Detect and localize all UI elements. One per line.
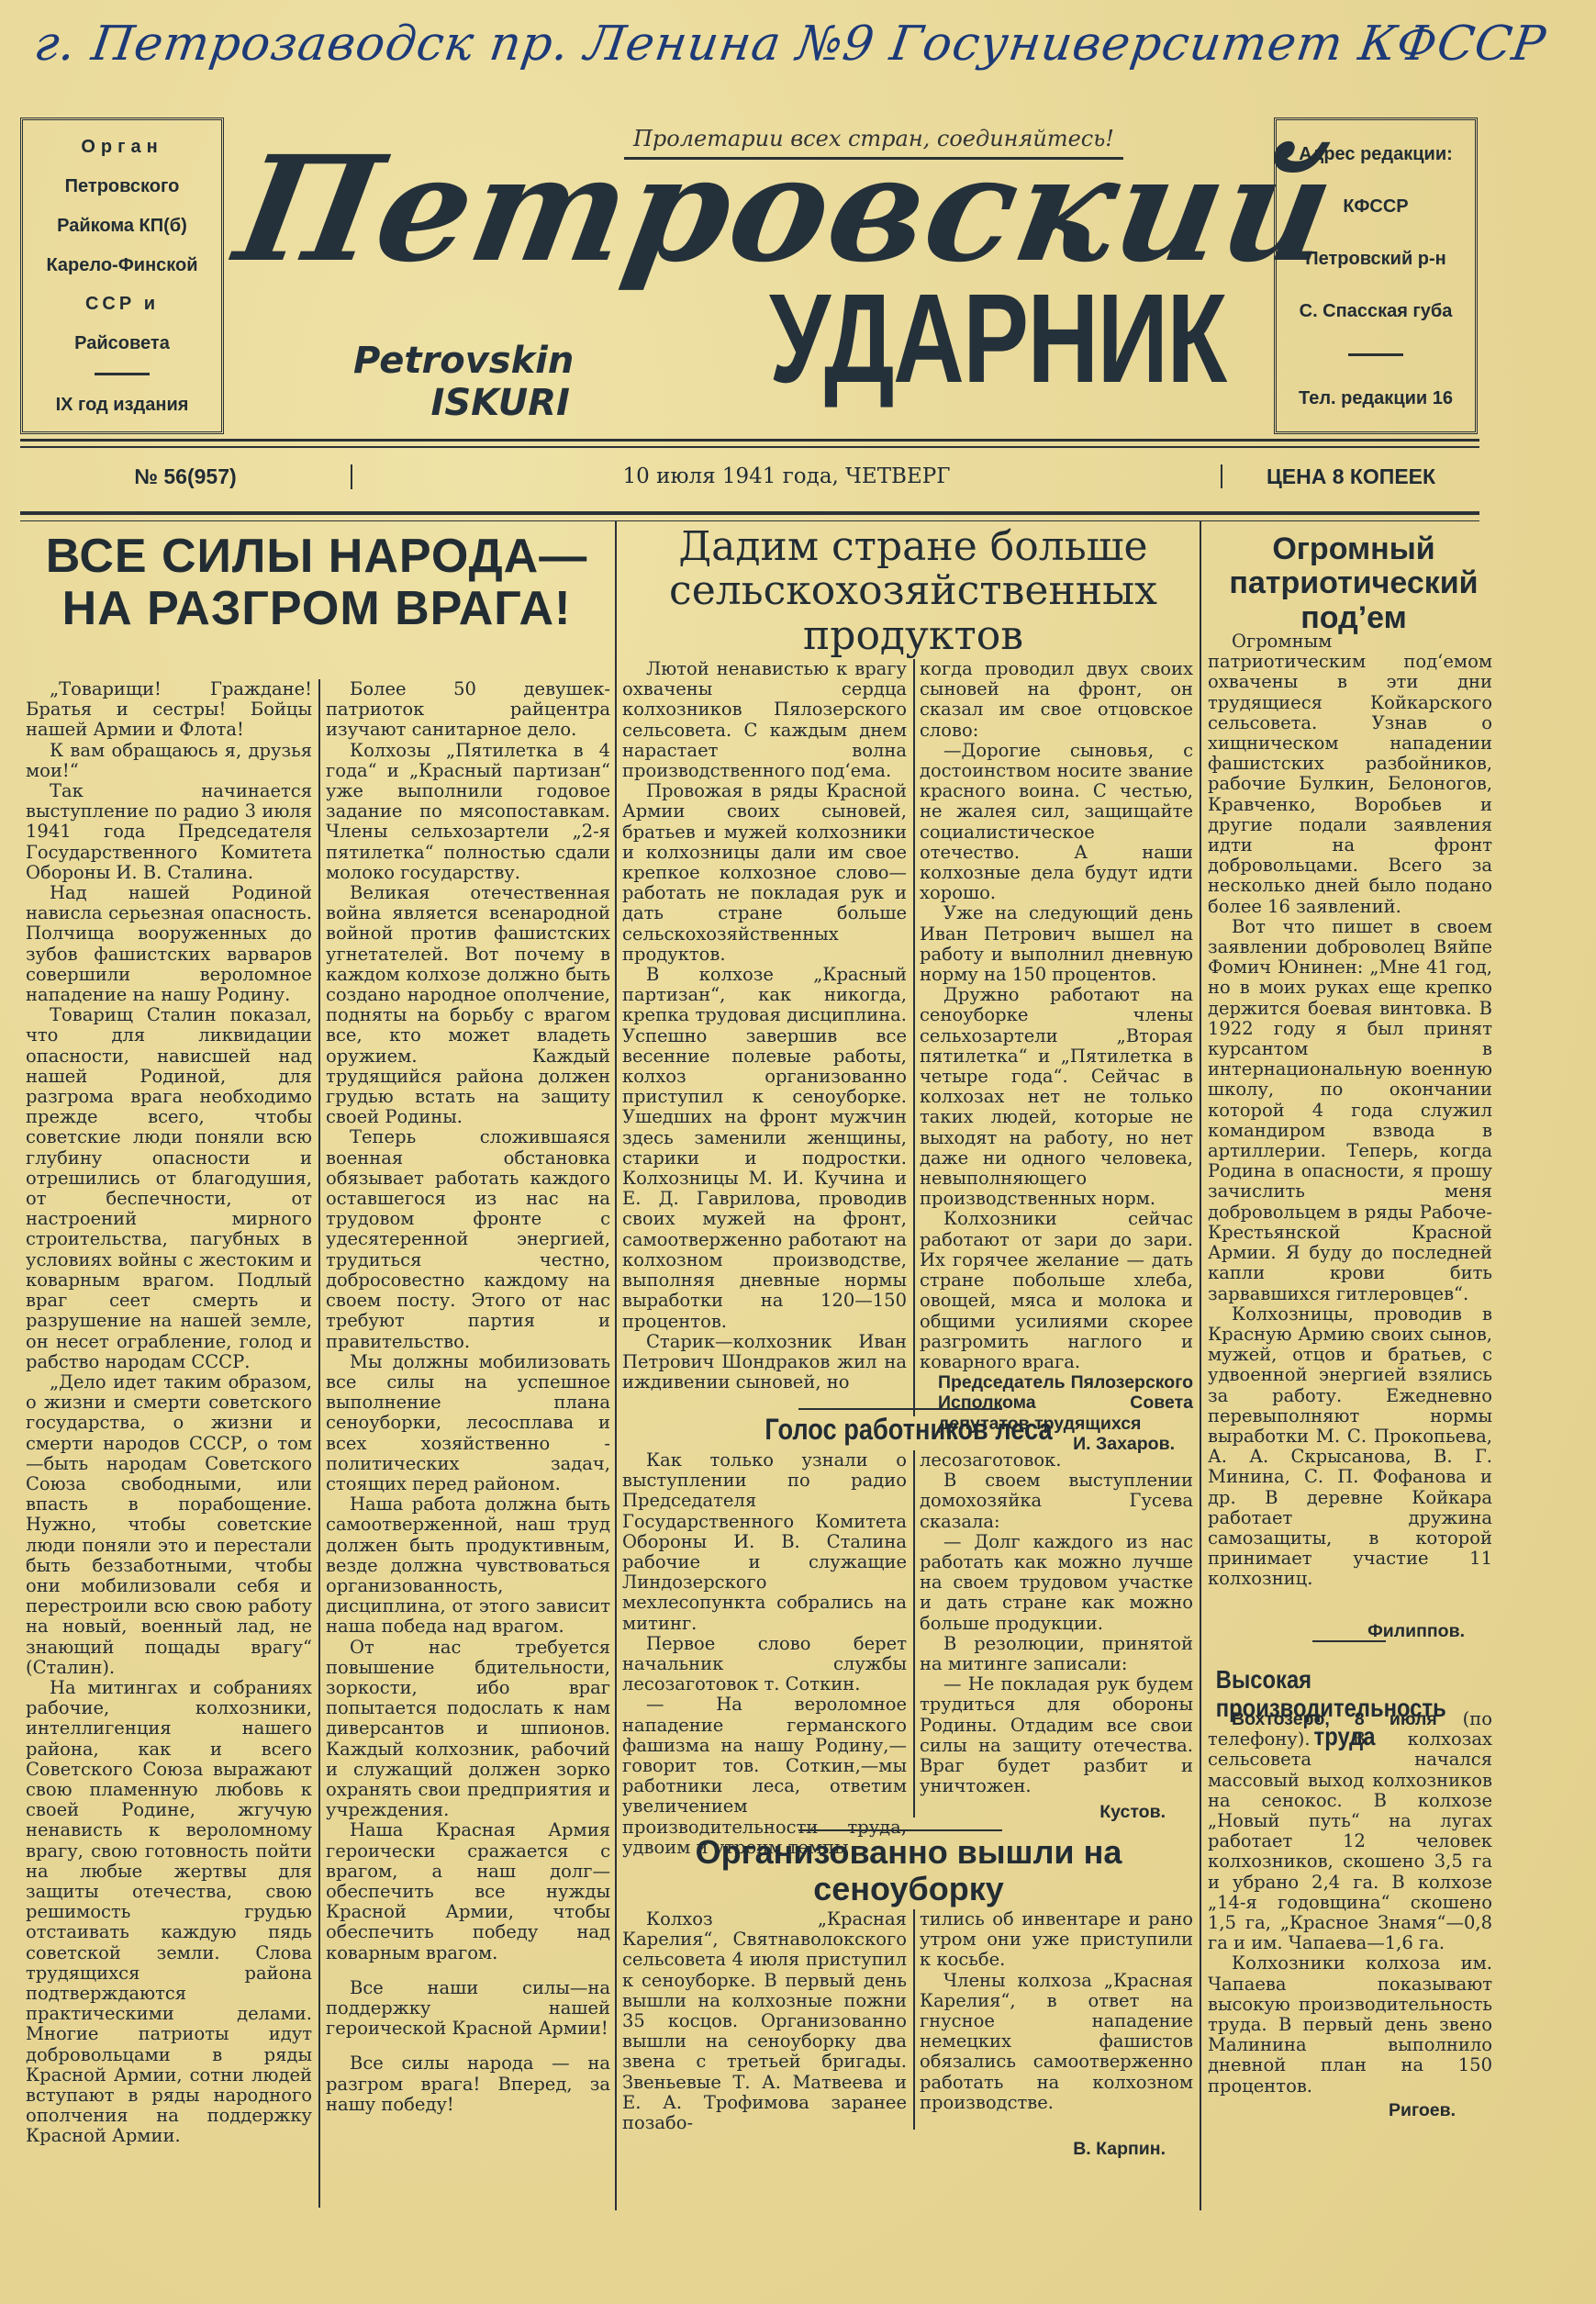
agriculture-column-2: когда проводил двух своих сыновей на фро… bbox=[920, 659, 1193, 1454]
paragraph: Товарищ Сталин показал, что для ликвидац… bbox=[26, 1005, 312, 1372]
haymaking-column-1: Колхоз „Красная Карелия“, Святнаволокско… bbox=[622, 1909, 907, 2133]
publisher-line: Петровского bbox=[27, 176, 218, 196]
newspaper-title-line1: Петровский bbox=[228, 138, 1345, 283]
paragraph-text: (по телефону). В колхозах сельсовета нач… bbox=[1208, 1708, 1492, 1953]
column-rule bbox=[318, 679, 320, 2208]
article-divider bbox=[798, 1408, 1002, 1410]
paragraph: Колхозники сейчас работают от зари до за… bbox=[920, 1209, 1193, 1372]
paragraph: Над нашей Родиной нависла серьезная опас… bbox=[26, 883, 312, 1005]
paragraph: В своем выступлении домохозяйка Гусева с… bbox=[920, 1471, 1193, 1532]
forest-headline: Голос работников леса bbox=[667, 1414, 1151, 1446]
publisher-info-box: Орган Петровского Райкома КП(б) Карело-Ф… bbox=[20, 117, 224, 434]
editorial-address-box: Адрес редакции: КФССР Петровский р-н С. … bbox=[1274, 117, 1478, 434]
forest-column-2: лесозаготовок. В своем выступлении домох… bbox=[920, 1450, 1193, 1823]
paragraph: В колхозе „Красный партизан“, как никогд… bbox=[622, 965, 907, 1332]
paragraph: Члены колхоза „Красная Карелия“, в ответ… bbox=[920, 1971, 1193, 2113]
newspaper-title-line2: УДАРНИК bbox=[769, 275, 1226, 402]
dateline: № 56(957) 10 июля 1941 года, ЧЕТВЕРГ ЦЕН… bbox=[20, 453, 1479, 500]
paragraph: — Долг каждого из нас работать как можно… bbox=[920, 1532, 1193, 1634]
paragraph: тились об инвентаре и рано утром они уже… bbox=[920, 1909, 1193, 1971]
paragraph: — Не покладая рук будем трудиться для об… bbox=[920, 1674, 1193, 1796]
paragraph: Более 50 девушек-патриоток райцентра изу… bbox=[326, 679, 610, 741]
issue-price: ЦЕНА 8 КОПЕЕК bbox=[1222, 464, 1479, 489]
address-line: Петровский р-н bbox=[1280, 249, 1471, 269]
paragraph: „Дело идет таким образом, о жизни и смер… bbox=[26, 1372, 312, 1678]
paragraph: когда проводил двух своих сыновей на фро… bbox=[920, 659, 1193, 741]
paragraph: Первое слово берет начальник службы лесо… bbox=[622, 1634, 907, 1695]
divider bbox=[1348, 353, 1403, 356]
address-line: С. Спасская губа bbox=[1280, 301, 1471, 321]
paragraph: Теперь сложившаяся военная обстановка об… bbox=[326, 1127, 610, 1351]
paragraph: Колхозницы, проводив в Красную Армию сво… bbox=[1208, 1304, 1492, 1590]
signature: Ригоев. bbox=[1208, 2100, 1492, 2120]
editorial-column-2: Более 50 девушек-патриоток райцентра изу… bbox=[326, 679, 610, 2115]
productivity-column: Вохтозеро, 8 июля (по телефону). В колхо… bbox=[1208, 1709, 1492, 2120]
haymaking-column-2: тились об инвентаре и рано утром они уже… bbox=[920, 1909, 1193, 2159]
issue-date: 10 июля 1941 года, ЧЕТВЕРГ bbox=[352, 464, 1222, 488]
signature: В. Карпин. bbox=[920, 2139, 1193, 2159]
publisher-line: Райсовета bbox=[27, 333, 218, 353]
divider bbox=[95, 373, 150, 375]
editorial-column-1: „Товарищи! Граждане! Братья и сестры! Бо… bbox=[26, 679, 312, 2147]
paragraph: Дружно работают на сеноуборке члены сель… bbox=[920, 985, 1193, 1209]
issue-number: № 56(957) bbox=[20, 464, 352, 489]
address-line: Адрес редакции: bbox=[1280, 144, 1471, 164]
paragraph: От нас требуется повышение бдительности,… bbox=[326, 1638, 610, 1821]
publisher-line: Райкома КП(б) bbox=[27, 216, 218, 236]
paragraph: Так начинается выступление по радио 3 ию… bbox=[26, 781, 312, 883]
paragraph: Колхозы „Пятилетка в 4 года“ и „Красный … bbox=[326, 741, 610, 883]
paragraph: Вохтозеро, 8 июля (по телефону). В колхо… bbox=[1208, 1709, 1492, 1953]
article-divider bbox=[1312, 1640, 1386, 1642]
paragraph: На митингах и собраниях рабочие, колхозн… bbox=[26, 1678, 312, 2147]
latin-title-line1: Petrovskin bbox=[353, 340, 574, 382]
paragraph: Наша Красная Армия героически сражается … bbox=[326, 1820, 610, 1963]
paragraph: Все силы народа — на разгром врага! Впер… bbox=[326, 2053, 610, 2115]
publisher-line: Орган bbox=[27, 137, 218, 157]
publisher-line: Карело-Финской bbox=[27, 255, 218, 275]
haymaking-headline: Организованно вышли на сеноуборку bbox=[661, 1834, 1156, 1907]
paragraph: Лютой ненавистью к врагу охвачены сердца… bbox=[622, 659, 907, 781]
paragraph: Все наши силы—на поддержку нашей героиче… bbox=[326, 1978, 610, 2040]
publication-year: IX год издания bbox=[27, 395, 218, 415]
patriotic-headline: Огромный патриотический под’ем bbox=[1207, 532, 1501, 635]
paragraph: Вот что пишет в своем заявлении добровол… bbox=[1208, 917, 1492, 1304]
dateline-lead: Вохтозеро, 8 июля bbox=[1232, 1709, 1437, 1729]
column-rule bbox=[913, 1909, 915, 2130]
article-divider bbox=[798, 1829, 1002, 1831]
handwritten-address-note: г. Петрозаводск пр. Ленина №9 Госуниверс… bbox=[31, 17, 1549, 72]
column-rule bbox=[615, 521, 617, 2210]
column-rule bbox=[1200, 521, 1201, 2210]
headline-line: НА РАЗГРОМ ВРАГА! bbox=[28, 583, 606, 635]
patriotic-column: Огромным патриотическим под‘емом охвачен… bbox=[1208, 632, 1492, 1641]
page-top-rule bbox=[20, 511, 1479, 521]
paragraph: Провожая в ряды Красной Армии своих сыно… bbox=[622, 781, 907, 965]
forest-column-1: Как только узнали о выступлении по радио… bbox=[622, 1450, 907, 1858]
paragraph: Уже на следующий день Иван Петрович выше… bbox=[920, 903, 1193, 985]
paragraph: Колхозники колхоза им. Чапаева показываю… bbox=[1208, 1953, 1492, 2096]
paragraph: Колхоз „Красная Карелия“, Святнаволокско… bbox=[622, 1909, 907, 2133]
paragraph: „Товарищи! Граждане! Братья и сестры! Бо… bbox=[26, 679, 312, 741]
newspaper-title-karelian: Petrovskin ISKURI bbox=[353, 340, 574, 424]
paragraph: Наша работа должна быть самоотверженной,… bbox=[326, 1494, 610, 1637]
editorial-phone: Тел. редакции 16 bbox=[1280, 388, 1471, 408]
address-line: КФССР bbox=[1280, 196, 1471, 217]
publisher-line: ССР и bbox=[27, 294, 218, 314]
paragraph: Огромным патриотическим под‘емом охвачен… bbox=[1208, 632, 1492, 917]
latin-title-line2: ISKURI bbox=[353, 382, 574, 424]
masthead-rule bbox=[20, 439, 1479, 448]
agriculture-headline: Дадим стране больше сельскохозяйственных… bbox=[633, 525, 1193, 658]
paragraph: —Дорогие сыновья, с достоинством носите … bbox=[920, 741, 1193, 904]
paragraph: Старик—колхозник Иван Петрович Шондраков… bbox=[622, 1332, 907, 1393]
headline-line: ВСЕ СИЛЫ НАРОДА— bbox=[28, 531, 606, 583]
signature: Кустов. bbox=[920, 1802, 1193, 1822]
paragraph: В резолюции, принятой на митинге записал… bbox=[920, 1634, 1193, 1674]
editorial-headline: ВСЕ СИЛЫ НАРОДА— НА РАЗГРОМ ВРАГА! bbox=[28, 531, 606, 635]
paragraph: Великая отечественная война является все… bbox=[326, 883, 610, 1127]
paragraph: Как только узнали о выступлении по радио… bbox=[622, 1450, 907, 1634]
column-rule bbox=[913, 659, 915, 1416]
paragraph: К вам обращаюсь я, друзья мои!“ bbox=[26, 741, 312, 781]
paragraph: Мы должны мобилизовать все силы на успеш… bbox=[326, 1352, 610, 1494]
column-rule bbox=[913, 1450, 915, 1817]
agriculture-column-1: Лютой ненавистью к врагу охвачены сердца… bbox=[622, 659, 907, 1392]
paragraph: лесозаготовок. bbox=[920, 1450, 1193, 1471]
signature: Филиппов. bbox=[1208, 1621, 1492, 1641]
